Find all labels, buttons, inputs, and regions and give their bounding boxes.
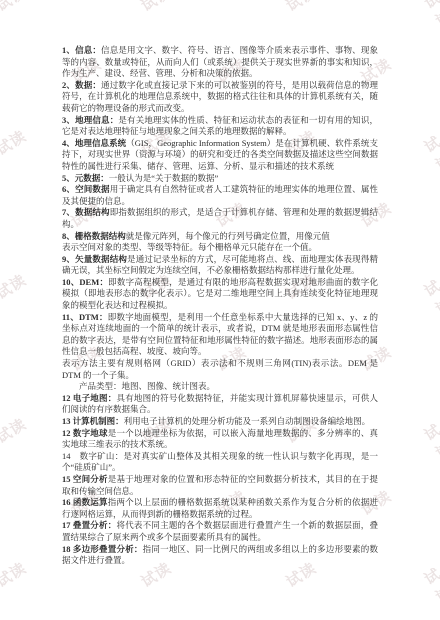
- definition-body: 用于确定具有自然特征或者人工建筑特征的地理实体的地理位置、属性及其便捷的信息。: [62, 184, 378, 206]
- definition-body: 表示空间对象的类型、等级等特征。每个栅格单元只能存在一个值。: [62, 242, 317, 252]
- definition-body: 即数字地面模型，是利用一个任意坐标系中大量选择的已知 x、y、z 的坐标点对连续…: [62, 312, 378, 357]
- definition-body: 是基于地理对象的位置和形态特征的空间数据分析技术，其目的在于提取和传输空间信息。: [62, 474, 378, 496]
- definition-body: 信息是用文字、数字、符号、语言、图像等介质来表示事件、事物、现象等的内容、数量或…: [62, 45, 378, 78]
- definition-body: 一般认为是“关于数据的数据”: [109, 173, 219, 183]
- definition-term: 10、DEM：: [62, 277, 108, 287]
- definition-item: 6、空间数据用于确定具有自然特征或者人工建筑特征的地理实体的地理位置、属性及其便…: [62, 184, 378, 207]
- definition-item: 11、DTM：即数字地面模型，是利用一个任意坐标系中大量选择的已知 x、y、z …: [62, 312, 378, 358]
- definition-body: 就是像元阵列，每个像元的行列号确定位置，用像元值: [126, 231, 330, 241]
- definition-item: 12 电子地图：具有地图的符号化数据特征，并能实现计算机屏幕快速显示，可供人们阅…: [62, 393, 378, 416]
- watermark-stamp: 试读: [0, 0, 30, 16]
- document-page: 试读试读试读试读试读试读试读试读试读试读试读试读试读试读试读试读试读试读试读试读…: [0, 0, 440, 620]
- definition-item: 4、地理信息系统（GIS，Geographic Information Syst…: [62, 138, 378, 173]
- definition-term: 2、数据：: [62, 80, 101, 90]
- definition-term: 9、矢量数据结构: [62, 254, 127, 264]
- definition-term: 13 计算机制图：: [62, 416, 124, 426]
- watermark-stamp: 试读: [420, 275, 440, 319]
- definition-term: 18 多边形叠置分析：: [62, 544, 143, 554]
- definition-item: 1、信息：信息是用文字、数字、符号、语言、图像等介质来表示事件、事物、现象等的内…: [62, 45, 378, 80]
- watermark-stamp: 试读: [420, 563, 440, 607]
- definition-body: 表示方法主要有规则格网（GRID）表示法和不规则三角网(TIN)表示法。DEM …: [62, 358, 378, 380]
- definition-term: 5、元数据：: [62, 173, 109, 183]
- definition-term: 1、信息：: [62, 45, 101, 55]
- definition-term: 6、空间数据: [62, 184, 110, 194]
- definition-item: 产品类型：地图、图像、统计图表。: [62, 381, 378, 393]
- watermark-stamp: 试读: [0, 557, 30, 592]
- definition-term: 12 数字地球: [62, 428, 108, 438]
- watermark-stamp: 试读: [0, 269, 30, 304]
- definition-item: 5、元数据：一般认为是“关于数据的数据”: [62, 173, 378, 185]
- definition-body: 即指数据组织的形式，是适合于计算机存储、管理和处理的数据逻辑结构。: [62, 207, 378, 229]
- definition-item: 14 数字矿山：是对真实矿山整体及其相关现象的统一性认识与数字化再现，是一个“硅…: [62, 451, 378, 474]
- definition-item: 9、矢量数据结构是通过记录坐标的方式，尽可能地将点、线、面地理实体表现得精确无误…: [62, 254, 378, 277]
- definition-body: 是一个以地理坐标为依据，可以嵌入海量地理数据的、多分辨率的、真实地球三维表示的技…: [62, 428, 378, 450]
- definition-item: 8、栅格数据结构就是像元阵列，每个像元的行列号确定位置，用像元值: [62, 231, 378, 243]
- watermark-stamp: 试读: [0, 413, 30, 448]
- definition-body: 即数字高程模型，是通过有限的地形高程数据实现对地形曲面的数字化模拟（即地表形态的…: [62, 277, 378, 310]
- definition-term: 15 空间分析: [62, 474, 108, 484]
- watermark-stamp: 试读: [420, 0, 440, 31]
- watermark-stamp: 试读: [420, 419, 440, 463]
- definition-term: 8、栅格数据结构: [62, 231, 126, 241]
- definition-item: 7、数据结构即指数据组织的形式，是适合于计算机存储、管理和处理的数据逻辑结构。: [62, 207, 378, 230]
- definition-item: 3、地理信息：是有关地理实体的性质、特征和运动状态的表征和一切有用的知识，它是对…: [62, 115, 378, 138]
- definition-item: 表示空间对象的类型、等级等特征。每个栅格单元只能存在一个值。: [62, 242, 378, 254]
- definition-body: 利用电子计算机的处理分析功能及一系列自动制图设备编绘地图。: [124, 416, 371, 426]
- definition-term: 3、地理信息：: [62, 115, 118, 125]
- definition-body: 产品类型：地图、图像、统计图表。: [79, 381, 215, 391]
- definition-term: 17 叠置分析：: [62, 520, 116, 530]
- definition-body: 通过数字化或直接记录下来的可以被鉴别的符号，是用以载荷信息的物理符号，在计算机化…: [62, 80, 378, 113]
- definition-term: 14 数字矿山：: [62, 451, 124, 461]
- definition-item: 2、数据：通过数字化或直接记录下来的可以被鉴别的符号，是用以载荷信息的物理符号，…: [62, 80, 378, 115]
- definition-item: 18 多边形叠置分析：指同一地区、同一比例尺的两组或多组以上的多边形要素的数据文…: [62, 544, 378, 567]
- definition-item: 16 函数运算指两个以上层面的栅格数据系统以某种函数关系作为复合分析的依据进行逐…: [62, 497, 378, 520]
- definition-term: 11、DTM：: [62, 312, 108, 322]
- watermark-stamp: 试读: [137, 0, 175, 16]
- watermark-stamp: 试读: [420, 131, 440, 175]
- definition-term: 7、数据结构: [62, 207, 110, 217]
- definition-term: 16 函数运算: [62, 497, 108, 507]
- definition-item: 13 计算机制图：利用电子计算机的处理分析功能及一系列自动制图设备编绘地图。: [62, 416, 378, 428]
- definition-term: 4、地理信息系统: [62, 138, 126, 148]
- document-content: 1、信息：信息是用文字、数字、符号、语言、图像等介质来表示事件、事物、现象等的内…: [62, 45, 378, 567]
- watermark-stamp: 试读: [282, 0, 320, 16]
- definition-term: 12 电子地图：: [62, 393, 116, 403]
- definition-item: 表示方法主要有规则格网（GRID）表示法和不规则三角网(TIN)表示法。DEM …: [62, 358, 378, 381]
- definition-item: 12 数字地球是一个以地理坐标为依据，可以嵌入海量地理数据的、多分辨率的、真实地…: [62, 428, 378, 451]
- watermark-stamp: 试读: [0, 125, 30, 160]
- definition-item: 15 空间分析是基于地理对象的位置和形态特征的空间数据分析技术，其目的在于提取和…: [62, 474, 378, 497]
- definition-item: 10、DEM：即数字高程模型，是通过有限的地形高程数据实现对地形曲面的数字化模拟…: [62, 277, 378, 312]
- definition-item: 17 叠置分析：将代表不同主题的各个数据层面进行叠置产生一个新的数据层面，叠置结…: [62, 520, 378, 543]
- definition-body: 指两个以上层面的栅格数据系统以某种函数关系作为复合分析的依据进行逐网格运算，从而…: [62, 497, 378, 519]
